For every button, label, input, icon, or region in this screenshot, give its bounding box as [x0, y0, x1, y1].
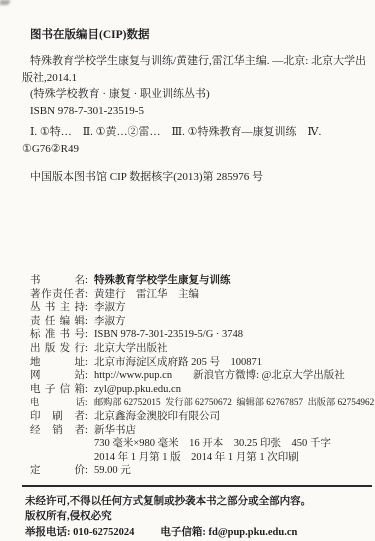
- scan-artifact: [0, 0, 10, 5]
- colophon-field-separator: :: [85, 410, 94, 424]
- colophon-field-value: 北京大学出版社: [94, 343, 168, 354]
- colophon-row: 电子信箱:zyl@pup.pku.edu.cn: [22, 383, 367, 397]
- colophon-field-value: 新华书店: [94, 425, 136, 436]
- colophon-row: 丛书主持:李淑方: [22, 301, 367, 315]
- colophon-field-value: 59.00 元: [94, 465, 131, 476]
- colophon-row: 标准书号:ISBN 978-7-301-23519-5/G · 3748: [22, 328, 367, 342]
- colophon-field-separator: :: [85, 288, 94, 302]
- colophon-row: 经销者:新华书店: [22, 424, 367, 438]
- colophon-row: 730 毫米×980 毫米 16 开本 30.25 印张 450 千字: [22, 437, 367, 451]
- cip-entry: 特殊教育学校学生康复与训练/黄建行,雷江华主编. —北京: 北京大学出版社,20…: [22, 53, 369, 86]
- colophon-row: 地址:北京市海淀区成府路 205 号 100871: [22, 356, 367, 370]
- colophon-field-separator: :: [85, 356, 94, 370]
- cip-block: 图书在版编目(CIP)数据 特殊教育学校学生康复与训练/黄建行,雷江华主编. —…: [22, 26, 367, 184]
- colophon-field-label: 出版发行: [30, 342, 85, 356]
- notice-contacts: 举报电话: 010-62752024电子信箱: fd@pup.pku.edu.c…: [25, 525, 367, 541]
- colophon-field-value: 2014 年 1 月第 1 版 2014 年 1 月第 1 次印刷: [94, 452, 299, 463]
- cip-record-number: 中国版本图书馆 CIP 数据核字(2013)第 285976 号: [30, 168, 367, 184]
- colophon-field-value: 特殊教育学校学生康复与训练: [94, 275, 231, 286]
- colophon-field-value: http://www.pup.cn 新浪官方微博: @北京大学出版社: [94, 370, 345, 381]
- copyright-page: 图书在版编目(CIP)数据 特殊教育学校学生康复与训练/黄建行,雷江华主编. —…: [0, 0, 375, 541]
- cip-heading: 图书在版编目(CIP)数据: [30, 26, 367, 42]
- colophon-row: 出版发行:北京大学出版社: [22, 342, 367, 356]
- cip-isbn: ISBN 978-7-301-23519-5: [30, 103, 367, 120]
- colophon-field-separator: :: [85, 301, 94, 315]
- colophon-field-separator: :: [85, 328, 94, 342]
- colophon-field-separator: :: [85, 464, 94, 478]
- colophon-field-separator: :: [85, 383, 94, 397]
- colophon-field-label: 责任编辑: [30, 315, 85, 329]
- colophon-field-value: 北京市海淀区成府路 205 号 100871: [94, 357, 262, 368]
- divider-rule: [22, 485, 372, 487]
- colophon-row: 印刷者:北京鑫海金澳胶印有限公司: [22, 410, 367, 424]
- colophon: 书名:特殊教育学校学生康复与训练著作责任者:黄建行 雷江华 主编丛书主持:李淑方…: [22, 274, 367, 478]
- colophon-field-separator: :: [85, 424, 94, 438]
- colophon-field-value: 730 毫米×980 毫米 16 开本 30.25 印张 450 千字: [94, 438, 331, 449]
- colophon-field-label: 印刷者: [30, 410, 85, 424]
- colophon-field-value: 邮购部 62752015 发行部 62750672 编辑部 62767857 出…: [94, 397, 374, 407]
- colophon-field-label: 经销者: [30, 424, 85, 438]
- colophon-field-label: 标准书号: [30, 328, 85, 342]
- colophon-field-value: ISBN 978-7-301-23519-5/G · 3748: [94, 329, 243, 340]
- colophon-field-value: 李淑方: [94, 316, 126, 327]
- colophon-field-label: 丛书主持: [30, 301, 85, 315]
- colophon-field-separator: :: [85, 274, 94, 288]
- notice-line-2: 版权所有,侵权必究: [25, 509, 367, 525]
- colophon-field-label: 电话: [30, 396, 85, 410]
- cip-series-title: (特殊学校教育 · 康复 · 职业训练丛书): [30, 86, 367, 103]
- colophon-field-label: 网站: [30, 369, 85, 383]
- colophon-field-label: 著作责任者: [30, 288, 85, 302]
- colophon-row: 2014 年 1 月第 1 版 2014 年 1 月第 1 次印刷: [22, 451, 367, 465]
- colophon-field-separator: :: [85, 315, 94, 329]
- copyright-notice: 未经许可,不得以任何方式复制或抄袭本书之部分或全部内容。 版权所有,侵权必究 举…: [25, 494, 367, 541]
- colophon-field-value: zyl@pup.pku.edu.cn: [94, 384, 181, 395]
- colophon-field-value: 北京鑫海金澳胶印有限公司: [94, 411, 220, 422]
- colophon-row: 著作责任者:黄建行 雷江华 主编: [22, 288, 367, 302]
- colophon-row: 网站:http://www.pup.cn 新浪官方微博: @北京大学出版社: [22, 369, 367, 383]
- colophon-row: 定价:59.00 元: [22, 464, 367, 478]
- notice-line-1: 未经许可,不得以任何方式复制或抄袭本书之部分或全部内容。: [25, 494, 367, 510]
- colophon-row: 责任编辑:李淑方: [22, 315, 367, 329]
- colophon-field-separator: :: [85, 396, 94, 410]
- colophon-field-label: 电子信箱: [30, 383, 85, 397]
- colophon-field-label: 定价: [30, 464, 85, 478]
- colophon-field-separator: :: [85, 342, 94, 356]
- report-phone: 举报电话: 010-62752024: [25, 527, 134, 538]
- colophon-row: 电话:邮购部 62752015 发行部 62750672 编辑部 6276785…: [22, 396, 367, 410]
- colophon-row: 书名:特殊教育学校学生康复与训练: [22, 274, 367, 288]
- colophon-field-label: 书名: [30, 274, 85, 288]
- colophon-field-label: 地址: [30, 356, 85, 370]
- colophon-field-value: 李淑方: [94, 302, 126, 313]
- report-email: 电子信箱: fd@pup.pku.edu.cn: [160, 527, 297, 538]
- colophon-field-value: 黄建行 雷江华 主编: [94, 289, 199, 300]
- colophon-field-separator: :: [85, 369, 94, 383]
- cip-classification: Ⅰ. ①特… Ⅱ. ①黄…②雷… Ⅲ. ①特殊教育—康复训练 Ⅳ. ①G76②R…: [22, 124, 369, 157]
